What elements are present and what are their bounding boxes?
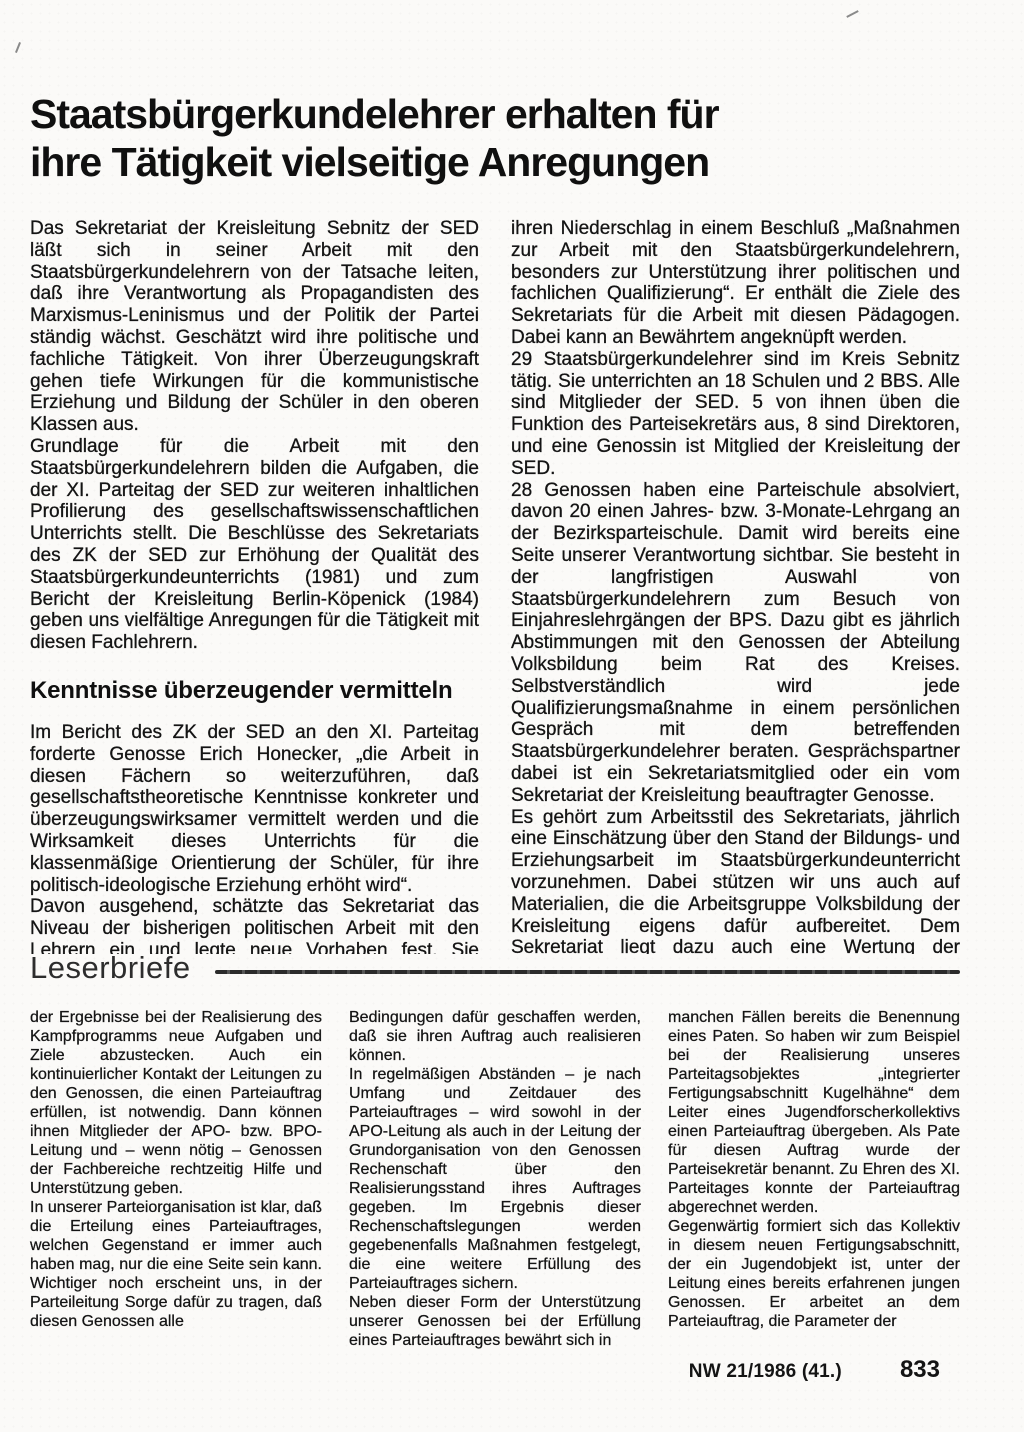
article-paragraph: 28 Genossen haben eine Parteischule abso…: [511, 480, 960, 807]
letter-paragraph: Neben dieser Form der Unterstützung unse…: [349, 1293, 641, 1350]
scan-artifact: [15, 42, 21, 53]
letter-paragraph: Bedingungen dafür geschaffen werden, daß…: [349, 1008, 641, 1065]
article-paragraph: Grundlage für die Arbeit mit den Staatsb…: [30, 436, 479, 654]
article-subheading: Kenntnisse überzeugender vermitteln: [30, 677, 479, 705]
letter-paragraph: der Ergebnisse bei der Realisierung des …: [30, 1008, 322, 1198]
letter-paragraph: In regelmäßigen Abständen – je nach Umfa…: [349, 1065, 641, 1293]
article-title-line2: ihre Tätigkeit vielseitige Anregungen: [30, 139, 930, 187]
article-left-column: Das Sekretariat der Kreisleitung Sebnitz…: [30, 218, 479, 954]
article-paragraph: 29 Staatsbürgerkundelehrer sind im Kreis…: [511, 349, 960, 480]
leserbriefe-heading: Leserbriefe: [30, 950, 191, 986]
letter-paragraph: In unserer Parteiorganisation ist klar, …: [30, 1198, 322, 1331]
leserbriefe-section: Leserbriefe der Ergebnisse bei der Reali…: [30, 950, 960, 1350]
article-title: Staatsbürgerkundelehrer erhalten für ihr…: [30, 91, 930, 187]
leserbriefe-column-1: der Ergebnisse bei der Realisierung des …: [30, 1008, 322, 1350]
page-number: 833: [900, 1356, 940, 1384]
leserbriefe-column-2: Bedingungen dafür geschaffen werden, daß…: [349, 1008, 641, 1350]
leserbriefe-header: Leserbriefe: [30, 950, 960, 986]
magazine-page: Staatsbürgerkundelehrer erhalten für ihr…: [0, 0, 1024, 1432]
article-title-line1: Staatsbürgerkundelehrer erhalten für: [30, 91, 930, 139]
article-right-column: ihren Niederschlag in einem Beschluß „Ma…: [511, 218, 960, 954]
article-paragraph: Davon ausgehend, schätzte das Sekretaria…: [30, 896, 479, 954]
letter-paragraph: manchen Fällen bereits die Benennung ein…: [668, 1008, 960, 1217]
article-body: Das Sekretariat der Kreisleitung Sebnitz…: [30, 218, 960, 954]
scan-artifact: [846, 10, 858, 18]
article-paragraph: Es gehört zum Arbeitsstil des Sekretaria…: [511, 807, 960, 954]
leserbriefe-column-3: manchen Fällen bereits die Benennung ein…: [668, 1008, 960, 1350]
letter-paragraph: Gegenwärtig formiert sich das Kollektiv …: [668, 1217, 960, 1331]
horizontal-rule: [215, 970, 960, 974]
page-footer: NW 21/1986 (41.) 833: [689, 1356, 940, 1384]
issue-label: NW 21/1986 (41.): [689, 1361, 842, 1383]
article-paragraph: Im Bericht des ZK der SED an den XI. Par…: [30, 722, 479, 896]
leserbriefe-columns: der Ergebnisse bei der Realisierung des …: [30, 1008, 960, 1350]
article-paragraph: Das Sekretariat der Kreisleitung Sebnitz…: [30, 218, 479, 436]
article-paragraph: ihren Niederschlag in einem Beschluß „Ma…: [511, 218, 960, 349]
